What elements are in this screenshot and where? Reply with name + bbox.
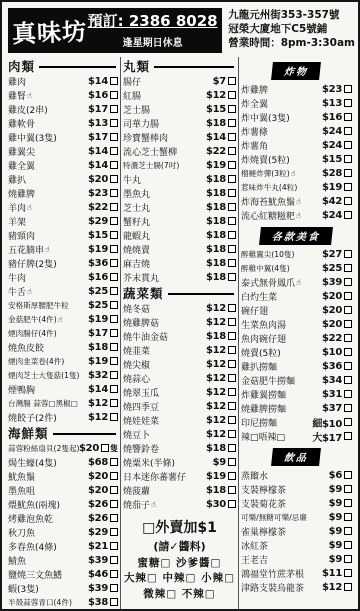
order-checkbox <box>344 99 352 107</box>
item-name: 雞扒 <box>8 173 26 186</box>
item-name: 流心紅糖糍粑 <box>241 209 295 222</box>
item-name: 墨魚丸 <box>123 187 150 200</box>
order-checkbox <box>344 432 352 440</box>
menu-item-row: 煙肉韭菜卷(4件)$19 <box>8 354 118 368</box>
item-name: 燒四季豆 <box>123 400 159 413</box>
item-price: $39 <box>322 277 342 288</box>
item-name: 生菜魚肉湯 <box>241 318 286 331</box>
item-price: $37 <box>322 403 342 414</box>
menu-columns: 肉類雞肉$14雞腎☝$16雞皮(2串)$17雞軟骨$13雞中翼(3隻)$17雞翼… <box>5 57 355 609</box>
item-name: 墨魚咀 <box>8 484 35 497</box>
item-name: 雀巢檸檬茶 <box>241 525 286 538</box>
order-checkbox <box>344 418 352 426</box>
thumbs-up-icon: ☝ <box>296 197 301 206</box>
item-price: $17 <box>88 328 108 339</box>
item-name: 炸薯角 <box>241 139 268 152</box>
item-price: $12 <box>206 401 226 412</box>
item-price: $12 <box>206 317 226 328</box>
menu-item-row: 五花腩串☝$19 <box>8 242 118 256</box>
item-price: $18 <box>206 174 226 185</box>
column-fried-drinks: 炸物炸雞脾$23炸全翼$13炸中翼(3隻)$16炸薯條$24炸薯角$24炸燒賣(… <box>239 57 354 609</box>
item-name: 芝士丸 <box>123 201 150 214</box>
order-checkbox <box>110 287 118 295</box>
item-price: $17 <box>88 104 108 115</box>
menu-header: 真味坊 預訂: 2386 8028 逢星期日休息 九龍元州街353-357號 冠… <box>5 5 355 57</box>
item-price: $24 <box>322 210 342 221</box>
sauce-options: 蜜糖□ 沙爹醬□ <box>123 556 236 572</box>
menu-item-row: 燒雞脾撈麵$37 <box>241 401 352 415</box>
item-name: 蟹籽丸 <box>123 215 150 228</box>
order-checkbox <box>344 320 352 328</box>
order-checkbox <box>101 444 109 452</box>
order-checkbox <box>228 91 236 99</box>
item-name: 炸雞翼撈麵 <box>241 388 286 401</box>
menu-item-row: 炸雞翼撈麵$31 <box>241 387 352 401</box>
item-name: 魚肉碗仔翅 <box>241 332 286 345</box>
item-price: $9 <box>329 498 342 509</box>
order-checkbox <box>344 264 352 272</box>
menu-item-row: 燒魚皮餃$18 <box>8 340 118 354</box>
item-name: 燒菠蘿 <box>123 484 150 497</box>
item-name: 豬頸肉 <box>8 229 35 242</box>
item-name: 燒冬菇 <box>123 302 150 315</box>
thumbs-up-icon: ☝ <box>296 278 301 287</box>
item-price: $18 <box>206 216 226 227</box>
item-name: 燒賣(5粒) <box>241 346 281 359</box>
menu-section: 丸類腸仔$7紅腸$12芝士腸$15司華力腸$18珍寶蟹棒肉$14流心芝士蟹柳$2… <box>123 57 236 284</box>
menu-item-row: 牛肉$16 <box>8 270 118 284</box>
item-name: 炸雞脾 <box>241 83 268 96</box>
item-price: 細$10 <box>312 415 342 430</box>
menu-item-row: 支裝菊花茶$9 <box>241 496 352 510</box>
item-name: 惹味炸牛丸(4粒) <box>241 182 297 193</box>
menu-item-row: 燒韮菜$12 <box>123 343 236 357</box>
order-checkbox <box>110 598 118 606</box>
order-checkbox <box>110 217 118 225</box>
menu-item-row: 可樂/無糖可樂/忌廉$9 <box>241 510 352 524</box>
order-checkbox <box>228 133 236 141</box>
item-price: $20 <box>322 319 342 330</box>
item-price: $12 <box>88 398 108 409</box>
order-checkbox <box>344 250 352 258</box>
item-name: 鹽燒三文魚鰭 <box>8 568 62 581</box>
menu-item-row: 安格斯厚腰肥牛粒$25 <box>8 298 118 312</box>
menu-item-row: 燒牛油金菇$18 <box>123 329 236 343</box>
menu-item-row: 津路支裝烏龍茶$12 <box>241 580 352 594</box>
item-name: 燒魚皮餃 <box>8 341 44 354</box>
order-checkbox <box>228 259 236 267</box>
menu-section: 炸物炸雞脾$23炸全翼$13炸中翼(3隻)$16炸薯條$24炸薯角$24炸燒賣(… <box>241 60 352 222</box>
item-price: $18 <box>206 118 226 129</box>
order-checkbox <box>344 362 352 370</box>
item-price: $34 <box>322 375 342 386</box>
item-price: $18 <box>206 272 226 283</box>
item-price: $19 <box>322 182 342 193</box>
order-checkbox <box>228 77 236 85</box>
menu-section: 蔬菜類燒冬菇$12燒雞脾菇$12燒牛油金菇$18燒韮菜$12燒尖椒$12燒蒜心$… <box>123 284 236 511</box>
menu-item-row: 炸全翼$13 <box>241 96 352 110</box>
item-price: $12 <box>206 429 226 440</box>
item-price: $13 <box>88 118 108 129</box>
item-price: $18 <box>206 258 226 269</box>
section-heading: 丸類 <box>123 57 236 74</box>
item-price: $14 <box>206 132 226 143</box>
order-checkbox <box>110 175 118 183</box>
takeaway-surcharge: □外賣加$1 <box>123 518 236 539</box>
item-price: $38 <box>88 597 108 608</box>
item-price: $20 <box>79 443 99 454</box>
item-price: $15 <box>206 104 226 115</box>
menu-item-row: 蒸餾水$6 <box>241 468 352 482</box>
section-title: 各款美食 <box>260 227 334 245</box>
item-price: $18 <box>206 485 226 496</box>
order-checkbox <box>110 119 118 127</box>
item-price: $19 <box>88 244 108 255</box>
item-name: 燒韮菜 <box>123 344 150 357</box>
menu-item-row: 秋刀魚$29 <box>8 525 118 539</box>
item-price: $22 <box>322 333 342 344</box>
closed-note: 逢星期日休息 <box>123 38 183 49</box>
menu-item-row: 麻吉燒$18 <box>123 256 236 270</box>
order-checkbox <box>228 346 236 354</box>
menu-item-row: 羊架$29 <box>8 214 118 228</box>
menu-item-row: 炸中翼(3隻)$16 <box>241 110 352 124</box>
order-checkbox <box>344 306 352 314</box>
item-price: $14 <box>88 160 108 171</box>
item-name: 燒雞脾菇 <box>123 316 159 329</box>
menu-item-row: 日本迷你蕃薯仔$19 <box>123 469 236 483</box>
item-name: 炸全翼 <box>241 97 268 110</box>
menu-item-row: 牛丸$18 <box>123 172 236 186</box>
order-checkbox <box>228 416 236 424</box>
phone-block: 預訂: 2386 8028 逢星期日休息 <box>87 11 218 51</box>
order-checkbox <box>110 528 118 536</box>
item-name: 芥末貫丸 <box>123 271 159 284</box>
item-price: $19 <box>88 356 108 367</box>
menu-item-row: 雀巢檸檬茶$9 <box>241 524 352 538</box>
menu-item-row: 冰紅茶$9 <box>241 538 352 552</box>
order-checkbox <box>344 376 352 384</box>
item-name: 鯖魚 <box>8 554 26 567</box>
item-price: $15 <box>322 154 342 165</box>
section-rule <box>154 66 234 68</box>
item-price: $25 <box>322 263 342 274</box>
item-price: $14 <box>88 146 108 157</box>
order-checkbox <box>110 570 118 578</box>
menu-item-row: 魷魚鬚$20 <box>8 469 118 483</box>
section-heading: 蔬菜類 <box>123 284 236 301</box>
item-name: 雞全翼 <box>8 159 35 172</box>
order-checkbox <box>344 390 352 398</box>
menu-section: 各款美食醉雞翼尖(10隻)$27醉雞中翼(4隻)$25泰式無骨鳳爪☝$39白灼生… <box>241 225 352 443</box>
item-name: 司華力腸 <box>123 117 159 130</box>
section-title: 肉類 <box>8 57 35 75</box>
menu-item-row: 生菜魚肉湯$20 <box>241 317 352 331</box>
section-heading: 炸物 <box>241 60 352 80</box>
order-checkbox <box>110 77 118 85</box>
order-checkbox <box>110 584 118 592</box>
item-name: 煙肉腸仔(4件) <box>8 328 57 339</box>
item-price: $20 <box>322 305 342 316</box>
menu-item-row: 流心紅糖糍粑☝$24 <box>241 208 352 222</box>
order-checkbox <box>344 113 352 121</box>
item-name: 燒燒賣 <box>123 243 150 256</box>
item-name: 炸海苔魷魚鬚 <box>241 195 295 208</box>
item-name: 龍蝦丸 <box>123 229 150 242</box>
item-name: 燒娃娃菜 <box>123 414 159 427</box>
menu-item-row: 特濃芝士腸(7吋)$19 <box>123 158 236 172</box>
order-checkbox <box>110 301 118 309</box>
menu-item-row: 燒餃子(2件)$12 <box>8 410 118 424</box>
menu-section: 肉類雞肉$14雞腎☝$16雞皮(2串)$17雞軟骨$13雞中翼(3隻)$17雞翼… <box>8 57 118 424</box>
item-price: $12 <box>88 412 108 423</box>
menu-item-row: 炸海苔魷魚鬚☝$42 <box>241 194 352 208</box>
item-name: 燒粟米(半條) <box>123 456 175 469</box>
menu-item-row: 鯖魚$39 <box>8 553 118 567</box>
menu-item-row: 煙肉芝士大隻菇(1隻)$32 <box>8 368 118 382</box>
order-checkbox <box>110 273 118 281</box>
item-name: 榴槤炸彈(3粒) <box>241 168 290 179</box>
order-checkbox <box>110 357 118 365</box>
item-price: $18 <box>206 443 226 454</box>
order-checkbox <box>228 161 236 169</box>
item-name: 蒜蓉粉絲扇貝(2隻起) <box>8 443 79 454</box>
item-price: $12 <box>206 359 226 370</box>
order-checkbox <box>110 91 118 99</box>
item-name: 燒牛油金菇 <box>123 330 168 343</box>
item-name: 雞肉 <box>8 75 26 88</box>
item-name: 煙肉芝士大隻菇(1隻) <box>8 370 80 381</box>
menu-item-row: 雞翼尖$14 <box>8 144 118 158</box>
thumbs-up-icon: ☝ <box>296 211 301 220</box>
item-price: $23 <box>322 84 342 95</box>
item-price: $19 <box>206 471 226 482</box>
item-name: 印尼撈麵 <box>241 416 277 429</box>
item-name: 炸燒賣(5粒) <box>241 153 290 166</box>
item-price: $31 <box>322 389 342 400</box>
order-checkbox <box>344 541 352 549</box>
item-name: 金菇肥牛撈麵 <box>241 374 295 387</box>
item-name: 燒雞脾撈麵 <box>241 402 286 415</box>
order-checkbox <box>110 385 118 393</box>
item-price: $27 <box>322 249 342 260</box>
reservation-phone: 預訂: 2386 8028 <box>88 12 218 30</box>
thumbs-up-icon: ☝ <box>27 203 32 212</box>
order-checkbox <box>228 486 236 494</box>
item-price: $9 <box>329 540 342 551</box>
thumbs-up-icon: ☝ <box>151 500 156 509</box>
order-checkbox <box>344 85 352 93</box>
item-name: 羊架 <box>8 215 26 228</box>
spice-options-1: 大辣□ 中辣□ 小辣□ <box>123 571 236 587</box>
order-checkbox <box>110 203 118 211</box>
menu-item-row: 白灼生菜$20 <box>241 289 352 303</box>
order-checkbox <box>110 105 118 113</box>
section-title: 炸物 <box>272 62 322 80</box>
order-checkbox <box>344 513 352 521</box>
item-price: $26 <box>88 513 108 524</box>
item-name: 金菇肥牛(4件) <box>8 314 57 325</box>
item-price: $7 <box>213 76 226 87</box>
order-checkbox <box>228 175 236 183</box>
item-price: $16 <box>322 112 342 123</box>
menu-item-row: 羊肉☝$22 <box>8 200 118 214</box>
item-name: 白灼生菜 <box>241 290 277 303</box>
item-price: $32 <box>88 370 108 381</box>
section-heading: 飲品 <box>241 446 352 466</box>
order-checkbox <box>228 105 236 113</box>
order-checkbox <box>228 304 236 312</box>
item-name: 炸薯條 <box>241 125 268 138</box>
order-checkbox <box>110 413 118 421</box>
order-checkbox <box>344 127 352 135</box>
item-name: 辣□唔辣□ <box>241 430 285 443</box>
menu-item-row: 炸薯條$24 <box>241 124 352 138</box>
item-price: $18 <box>206 244 226 255</box>
menu-item-row: 蟹籽丸$18 <box>123 214 236 228</box>
item-price: $20 <box>322 291 342 302</box>
order-checkbox <box>344 485 352 493</box>
item-name: 燒雞脾 <box>8 187 35 200</box>
item-name: 醉雞中翼(4隻) <box>241 263 290 274</box>
item-name: 五花腩串 <box>8 243 44 256</box>
order-checkbox <box>228 231 236 239</box>
order-checkbox <box>110 500 118 508</box>
menu-item-row: 燒娃娃菜$12 <box>123 413 236 427</box>
menu-item-row: 多春魚(4條)$21 <box>8 539 118 553</box>
menu-item-row: 蝦(3隻)$39 <box>8 581 118 595</box>
order-checkbox <box>110 458 118 466</box>
item-price: $24 <box>322 140 342 151</box>
menu-item-row: 蒜蓉粉絲扇貝(2隻起)$20隻 <box>8 441 118 455</box>
order-checkbox <box>110 514 118 522</box>
menu-item-row: 燒冬菇$12 <box>123 301 236 315</box>
menu-item-row: 辣□唔辣□大$17 <box>241 429 352 443</box>
menu-item-row: 煙肉腸仔(4件)$17 <box>8 326 118 340</box>
address-line-1: 九龍元州街353-357號 <box>228 8 355 22</box>
item-name: 雞中翼(3隻) <box>8 131 57 144</box>
item-name: 紅腸 <box>123 89 141 102</box>
order-checkbox <box>228 245 236 253</box>
item-name: 牛肉 <box>8 271 26 284</box>
opening-hours: 營業時間：8pm-3:30am <box>228 36 355 50</box>
order-checkbox <box>228 458 236 466</box>
thumbs-up-icon: ☝ <box>27 91 32 100</box>
item-price: $20 <box>88 485 108 496</box>
item-name: 珍寶蟹棒肉 <box>123 131 168 144</box>
menu-item-row: 炸薯角$24 <box>241 138 352 152</box>
item-name: 王老吉 <box>241 553 268 566</box>
menu-item-row: 腸仔$7 <box>123 74 236 88</box>
order-checkbox <box>344 334 352 342</box>
menu-item-row: 燒響鈴卷$18 <box>123 441 236 455</box>
order-checkbox <box>110 315 118 323</box>
item-name: 支裝菊花茶 <box>241 497 286 510</box>
item-price: $30 <box>206 499 226 510</box>
item-name: 冰紅茶 <box>241 539 268 552</box>
menu-item-row: 燒雞脾菇$12 <box>123 315 236 329</box>
section-rule <box>168 293 234 295</box>
menu-item-row: 印尼撈麵細$10 <box>241 415 352 429</box>
menu-item-row: 烤雞泡魚乾$26 <box>8 511 118 525</box>
menu-item-row: 燒賣(5粒)$10 <box>241 345 352 359</box>
menu-item-row: 鹽燒三文魚鰭$46 <box>8 567 118 581</box>
order-checkbox <box>344 555 352 563</box>
order-checkbox <box>344 155 352 163</box>
order-checkbox <box>228 318 236 326</box>
menu-item-row: 雞軟骨$13 <box>8 116 118 130</box>
item-price: $23 <box>88 188 108 199</box>
menu-item-row: 燒雞脾$23 <box>8 186 118 200</box>
item-name: 羊肉 <box>8 201 26 214</box>
order-checkbox <box>110 147 118 155</box>
item-price: $15 <box>88 230 108 241</box>
menu-item-row: 燒四季豆$12 <box>123 399 236 413</box>
menu-item-row: 雞扒撈麵$36 <box>241 359 352 373</box>
menu-page: 真味坊 預訂: 2386 8028 逢星期日休息 九龍元州街353-357號 冠… <box>0 0 360 611</box>
item-name: 蒸餾水 <box>241 469 268 482</box>
section-title: 丸類 <box>123 57 150 75</box>
menu-section: 海鮮類蒜蓉粉絲扇貝(2隻起)$20隻焗生蠔(4隻)$68魷魚鬚$20墨魚咀$20… <box>8 424 118 609</box>
order-checkbox <box>228 374 236 382</box>
menu-item-row: 芝士丸$18 <box>123 200 236 214</box>
item-name: 多春魚(4條) <box>8 540 57 553</box>
order-checkbox <box>110 486 118 494</box>
section-title: 海鮮類 <box>8 424 49 442</box>
order-checkbox <box>110 399 118 407</box>
item-name: 碗仔翅 <box>241 304 268 317</box>
section-title: 飲品 <box>272 448 322 466</box>
menu-item-row: 金菇肥牛撈麵$34 <box>241 373 352 387</box>
order-checkbox <box>110 472 118 480</box>
order-checkbox <box>110 343 118 351</box>
menu-item-row: 煙鴨胸$14 <box>8 382 118 396</box>
order-checkbox <box>344 292 352 300</box>
menu-item-row: 半殼蒜蓉青口(4件)$38 <box>8 595 118 609</box>
item-price: 大$17 <box>312 429 342 444</box>
item-name: 醉雞翼尖(10隻) <box>241 249 295 260</box>
order-checkbox <box>344 569 352 577</box>
order-checkbox <box>228 500 236 508</box>
item-price: $42 <box>322 196 342 207</box>
item-name: 炸中翼(3隻) <box>241 111 290 124</box>
order-checkbox <box>344 583 352 591</box>
item-price: $46 <box>88 569 108 580</box>
menu-item-row: 泰式無骨鳳爪☝$39 <box>241 275 352 289</box>
menu-item-row: 雞肉$14 <box>8 74 118 88</box>
section-heading: 海鮮類 <box>8 424 118 441</box>
order-checkbox <box>228 332 236 340</box>
menu-item-row: 雞全翼$14 <box>8 158 118 172</box>
order-checkbox <box>344 278 352 286</box>
logo-bar: 真味坊 預訂: 2386 8028 逢星期日休息 <box>8 8 222 53</box>
thumbs-up-icon: ☝ <box>291 169 296 178</box>
item-price: $6 <box>329 470 342 481</box>
menu-item-row: 煨魷魚(兩塊)$26 <box>8 497 118 511</box>
item-price: $18 <box>206 230 226 241</box>
item-name: 煙鴨胸 <box>8 383 35 396</box>
section-heading: 肉類 <box>8 57 118 74</box>
menu-item-row: 王老吉$9 <box>241 552 352 566</box>
order-checkbox <box>110 556 118 564</box>
item-name: 煙肉韭菜卷(4件) <box>8 356 64 367</box>
order-checkbox <box>344 141 352 149</box>
item-name: 特濃芝士腸(7吋) <box>123 160 179 171</box>
item-price: $9 <box>329 512 342 523</box>
menu-item-row: 流心芝士蟹柳$22 <box>123 144 236 158</box>
item-price: $19 <box>88 314 108 325</box>
item-name: 腸仔 <box>123 75 141 88</box>
